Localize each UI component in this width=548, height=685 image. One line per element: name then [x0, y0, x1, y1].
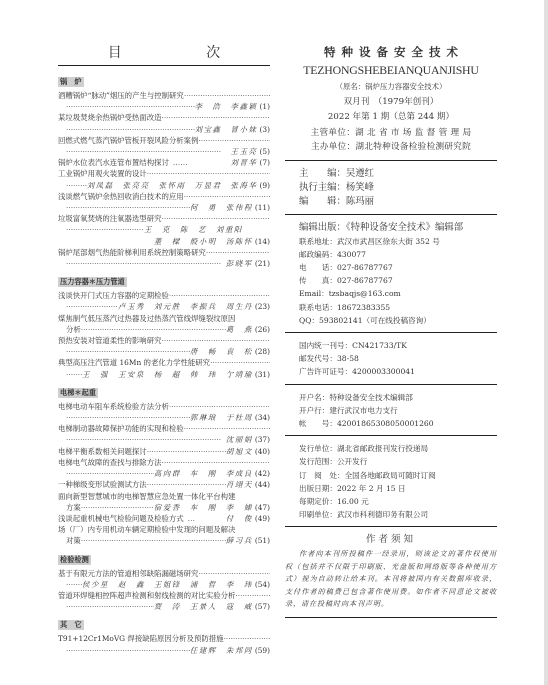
distribution-value: 全国各地邮政局可随时订阅	[345, 471, 436, 480]
toc-entry[interactable]: 煤焦制气低压蒸汽过热器及过热蒸汽管线焊缝裂纹原因分析··············…	[58, 313, 270, 335]
entry-authors: 肖翊天	[226, 479, 253, 490]
divider	[285, 214, 497, 215]
entry-authors-line: ········································…	[58, 180, 270, 191]
entry-authors: 董 樑 殷小明 汤陈怀	[154, 236, 253, 247]
entry-page: (1)	[260, 101, 270, 112]
editors-label: 编 辑：	[299, 196, 346, 207]
toc-entry[interactable]: 浅谈快开门式压力容器的定期检验·························…	[58, 290, 270, 312]
entry-authors-line: ········································…	[58, 202, 270, 213]
entry-title-text: 电梯电气故障的查找与排除方法	[58, 458, 161, 467]
entry-authors: 刘凤磊 张亮亮 张怀雨 万显君 张海华	[87, 180, 258, 191]
entry-title[interactable]: 电梯电动车阻车系统检验方法分析·························…	[58, 401, 270, 412]
entry-page: (42)	[255, 468, 270, 479]
toc-entry[interactable]: 工业锅炉用观火装置的设计····························…	[58, 168, 270, 190]
bank-label: 开户名：	[299, 393, 329, 402]
dot-leader: ········································…	[66, 146, 231, 157]
journal-pinyin: TEZHONGSHEBEIANQUANJISHU	[285, 61, 497, 79]
entry-title[interactable]: 基于有限元方法的管道相邻缺陷漏磁场研究·····················…	[58, 568, 270, 579]
dot-leader: ········································…	[66, 224, 144, 235]
entry-page: (54)	[255, 579, 270, 590]
toc-title: 目 次	[98, 44, 270, 62]
entry-page: (23)	[255, 301, 270, 312]
entry-title[interactable]: 锅炉尾部烟气热能阶梯利用系统控制策略研究····················…	[58, 247, 270, 258]
entry-authors: 任建辉 朱邦同	[190, 645, 253, 656]
toc-entry[interactable]: 浅谈起重机械电气检验问题及检验方式 … 付 俊(49)	[58, 513, 270, 524]
entry-authors-line: ········································…	[58, 369, 270, 380]
dot-leader: ········································…	[66, 301, 118, 312]
publisher: 编辑出版：《特种设备安全技术》编辑部	[285, 221, 497, 235]
divider	[285, 617, 497, 618]
distribution-value: 16.00 元	[337, 497, 369, 506]
entry-authors: 郭琳琅 于杜周	[190, 412, 253, 423]
entry-title[interactable]: 电梯平衡系数相关问题探讨	[58, 446, 147, 457]
contacts-label: 联系地址：	[299, 237, 337, 246]
entry-title[interactable]: 典型高压注汽管道 16Mn 的老化力学性能研究·················…	[58, 357, 270, 368]
entry-authors-line: ········································…	[58, 258, 270, 269]
registration-label: 邮发代号：	[299, 354, 337, 363]
divider	[285, 384, 497, 385]
sponsor: 主办单位：湖北特种设备检验检测研究院	[285, 140, 497, 155]
entry-title[interactable]: 一种梯级变形试验测试方法	[58, 479, 147, 490]
entry-title[interactable]: 酒糟锅炉“脉动”烟压的产生与控制研究······················…	[58, 90, 270, 101]
editors-value: 吴遵红	[346, 168, 374, 179]
entry-authors: 卢玉秀 刘元胜 李振兵 周生丹	[118, 301, 253, 312]
distribution-row: 印刷单位：武汉市科利德印务有限公司	[285, 508, 497, 521]
bank-row: 帐 号：42001865308050001260	[285, 417, 497, 430]
dot-leader: ········································…	[81, 324, 226, 335]
publisher-value: 《特种设备安全技术》编辑部	[346, 222, 463, 233]
entry-authors-line: ········································…	[58, 101, 270, 112]
contacts-row: 联系电话：18672383355	[285, 301, 497, 314]
dot-leader: ········································…	[66, 579, 82, 590]
entry-page: (11)	[255, 202, 270, 213]
contacts-value: 18672383355	[337, 303, 390, 312]
entry-line: 方案······································…	[58, 502, 270, 513]
entry-title[interactable]: 浅谈快开门式压力容器的定期检验·························…	[58, 290, 270, 301]
editors-row: 主 编：吴遵红	[285, 167, 497, 181]
divider	[285, 435, 497, 436]
dot-leader: ········································…	[169, 402, 270, 411]
contacts-value: 593802141（可在线投稿咨询）	[319, 316, 431, 325]
entry-title[interactable]: 电梯电气故障的查找与排除方法··························…	[58, 457, 270, 468]
dot-leader: ········································…	[161, 214, 270, 223]
distribution-value: 公开发行	[337, 457, 367, 466]
distribution-label: 印刷单位：	[299, 510, 337, 519]
toc-entry[interactable]: 场（厂）内专用机动车辆定期检验中发现的问题及解决对策··············…	[58, 524, 270, 546]
editors-label: 主 编：	[299, 168, 346, 179]
editors-block: 主 编：吴遵红执行主编：杨笑峰编 辑：陈玛丽	[285, 167, 497, 209]
toc-entry[interactable]: 浅谈燃气锅炉余热回收消白技术的应用·······················…	[58, 191, 270, 213]
contacts-row: 电 话：027-86787767	[285, 261, 497, 274]
entry-title[interactable]: 煤焦制气低压蒸汽过热器及过热蒸汽管线焊缝裂纹原因	[58, 313, 270, 324]
entry-title[interactable]: 回燃式燃气蒸汽锅炉管板开裂风险分析案例·····················…	[58, 135, 270, 146]
entry-authors-line: ········································…	[58, 468, 270, 479]
section-heading: 锅 炉	[58, 77, 84, 87]
entry-authors: 葛 燕	[226, 324, 253, 335]
dot-leader: ········································…	[147, 479, 226, 490]
entry-authors: 王 克 陈 艺 刘重阳	[144, 224, 243, 235]
distribution-label: 订 阅 处：	[299, 471, 345, 480]
toc-entry[interactable]: 电梯制动器故障保护功能的实现和检验·······················…	[58, 423, 270, 445]
dot-leader: ········································…	[66, 346, 190, 357]
dot-leader: ········································…	[235, 591, 270, 600]
former-name: （原名：锅炉压力容器安全技术）	[285, 79, 497, 95]
distribution-value: 湖北省邮政报刊发行投递局	[337, 444, 428, 453]
registration-row: 广告许可证号：4200003300041	[285, 365, 497, 378]
entry-authors: 李 浩 李鑫颖	[195, 101, 258, 112]
section-heading: 检验检测	[58, 555, 91, 565]
toc-entry[interactable]: 电梯平衡系数相关问题探讨····························…	[58, 446, 270, 457]
entry-page: (5)	[260, 146, 270, 157]
registration-row: 邮发代号：38-58	[285, 352, 497, 365]
contacts-value: tzsbaqjs@163.com	[329, 289, 401, 298]
entry-authors: 沈丽娟	[226, 434, 253, 445]
entry-authors-line: ········································…	[58, 224, 270, 235]
entry-title[interactable]: 电梯制动器故障保护功能的实现和检验·······················…	[58, 423, 270, 434]
entry-page: (57)	[255, 601, 270, 612]
entry-title[interactable]: 锅炉水位表汽水连管布置结构探讨	[58, 157, 169, 168]
entry-page: (49)	[255, 513, 270, 524]
entry-title-text: 浅谈快开门式压力容器的定期检验	[58, 291, 169, 300]
entry-line: 浅谈起重机械电气检验问题及检验方式 … 付 俊(49)	[58, 513, 270, 524]
frequency: 双月刊 （1979年创刊）	[285, 95, 497, 111]
toc-entry[interactable]: 预热安装对管道柔性的影响研究··························…	[58, 335, 270, 357]
dot-leader: ········································…	[66, 412, 190, 423]
dot-leader: ········································…	[147, 446, 226, 457]
dot-leader: ········································…	[66, 202, 190, 213]
entry-title[interactable]: 场（厂）内专用机动车辆定期检验中发现的问题及解决	[58, 524, 270, 535]
editors-value: 陈玛丽	[346, 196, 374, 207]
toc-divider	[58, 65, 270, 66]
bank-label: 开户行：	[299, 406, 329, 415]
entry-authors: 宿爱香 车 刚 李 娣	[154, 502, 253, 513]
entry-authors-line: ········································…	[58, 434, 270, 445]
masthead: 特种设备安全技术 TEZHONGSHEBEIANQUANJISHU （原名：锅炉…	[285, 44, 497, 624]
contacts-row: 传 真：027-86787767	[285, 274, 497, 287]
entry-authors: 彭晓军	[226, 258, 253, 269]
dot-leader: ········································…	[66, 601, 154, 612]
dot-leader: ········································…	[210, 358, 270, 367]
dot-leader: ········································…	[66, 468, 154, 479]
entry-title-text: 工业锅炉用观火装置的设计	[58, 169, 147, 178]
entry-title-text: 管道环焊缝相控阵超声检测和射线检测的对比实验分析	[58, 591, 235, 600]
entry-title-cont: 方案	[66, 502, 81, 513]
distribution-row: 发行范围：公开发行	[285, 455, 497, 468]
entry-line: 一种梯级变形试验测试方法····························…	[58, 479, 270, 490]
bank-value: 建行武汉市电力支行	[329, 406, 397, 415]
distribution-label: 出版日期：	[299, 484, 337, 493]
entry-authors: 王 强 王安泉 杨 超 韩 玮 亇靖瑜	[82, 369, 253, 380]
distribution-row: 每期定价：16.00 元	[285, 495, 497, 508]
entry-authors-line: ········································…	[58, 579, 270, 590]
journal-title: 特种设备安全技术	[291, 44, 497, 61]
entry-title-text: 煤焦制气低压蒸汽过热器及过热蒸汽管线焊缝裂纹原因	[58, 314, 235, 323]
dot-leader: ········································…	[66, 369, 82, 380]
toc-sections: 锅 炉酒糟锅炉“脉动”烟压的产生与控制研究···················…	[58, 69, 270, 656]
toc-entry[interactable]: 一种梯级变形试验测试方法····························…	[58, 479, 270, 490]
entry-title-text: 回燃式燃气蒸汽锅炉管板开裂风险分析案例	[58, 136, 198, 145]
section-heading: 压力容器＊压力管道	[58, 277, 127, 287]
dot-leader: ········································…	[81, 502, 154, 513]
entry-title-text: 预热安装对管道柔性的影响研究	[58, 336, 161, 345]
entry-authors: 贾 涛 王景人 寇 威	[154, 601, 253, 612]
registration-value: 38-58	[337, 354, 359, 363]
distribution-row: 发行单位：湖北省邮政报刊发行投递局	[285, 442, 497, 455]
registration-row: 国内统一刊号：CN421733/TK	[285, 339, 497, 352]
entry-title[interactable]: 管道环焊缝相控阵超声检测和射线检测的对比实验分析················…	[58, 590, 270, 601]
entry-title-text: 面向新型智慧城市的电梯智慧应急处置一体化平台构建	[58, 492, 235, 501]
dot-leader: ········································…	[66, 258, 226, 269]
dot-leader: ········································…	[81, 535, 226, 546]
dot-leader: ········································…	[169, 291, 270, 300]
entry-authors: 胡旭文	[226, 446, 253, 457]
entry-authors: 付 俊	[226, 513, 253, 524]
bank-value: 特种设备安全技术编辑部	[329, 393, 413, 402]
bank-row: 开户名：特种设备安全技术编辑部	[285, 391, 497, 404]
toc-entry[interactable]: 电梯电动车阻车系统检验方法分析·························…	[58, 401, 270, 423]
contacts-label: 邮政编码：	[299, 250, 337, 259]
distribution-label: 每期定价：	[299, 497, 337, 506]
contacts-row: Email：tzsbaqjs@163.com	[285, 287, 497, 300]
divider	[285, 526, 497, 527]
entry-title-text: 电梯制动器故障保护功能的实现和检验	[58, 424, 184, 433]
contacts-row: 联系地址：武汉市武昌区徐东大街 352 号	[285, 235, 497, 248]
section-heading: 其 它	[58, 620, 84, 630]
entry-page: (31)	[255, 369, 270, 380]
entry-page: (7)	[260, 157, 270, 168]
entry-title-text: 基于有限元方法的管道相邻缺陷漏磁场研究	[58, 569, 198, 578]
registration-label: 广告许可证号：	[299, 367, 352, 376]
scrollbar-track[interactable]	[544, 0, 548, 685]
toc-entry[interactable]: T91+12Cr1MoVG 焊接缺陷原因分析及预防措施·············…	[58, 633, 270, 655]
entry-authors: 侯少星 赵 鑫 王姐锋 浦 哲 李 玮	[82, 579, 253, 590]
bank-value: 42001865308050001260	[337, 419, 434, 428]
dot-leader: ········································…	[184, 424, 270, 433]
entry-line: 电梯平衡系数相关问题探讨····························…	[58, 446, 270, 457]
registration-value: CN421733/TK	[352, 341, 407, 350]
entry-title-text: 锅炉尾部烟气热能阶梯利用系统控制策略研究	[58, 248, 206, 257]
entry-authors: 何 勇 张伟程	[190, 202, 253, 213]
entry-title[interactable]: 浅谈燃气锅炉余热回收消白技术的应用·······················…	[58, 191, 270, 202]
dot-leader: …	[188, 513, 195, 524]
entry-authors: 刘晋华	[231, 157, 258, 168]
registration-label: 国内统一刊号：	[299, 341, 352, 350]
contacts-value: 027-86787767	[337, 276, 393, 285]
entry-page: (28)	[255, 346, 270, 357]
notice-title: 作者须知	[285, 532, 497, 548]
toc-entry[interactable]: 面向新型智慧城市的电梯智慧应急处置一体化平台构建方案··············…	[58, 491, 270, 513]
entry-authors-line: ········································…	[58, 146, 270, 157]
dot-leader: ········································…	[66, 124, 195, 135]
editors-value: 杨笑峰	[346, 182, 374, 193]
entry-line: 锅炉水位表汽水连管布置结构探讨 …… 刘晋华(7)	[58, 157, 270, 168]
entry-page: (14)	[255, 236, 270, 247]
dot-leader: ……	[173, 157, 188, 168]
publisher-label: 编辑出版：	[299, 222, 346, 233]
entry-title-cont: 对策	[66, 535, 81, 546]
entry-title[interactable]: 某垃圾焚烧余热锅炉受热面改造··························…	[58, 112, 270, 123]
notice-body: 作者向本刊所投稿件一经录用，则该论文的著作权使用权（包括并不仅限于印刷版、光盘版…	[285, 548, 497, 611]
dot-leader: ········································…	[198, 136, 270, 145]
entry-page: (59)	[255, 645, 270, 656]
entry-authors-line: ········································…	[58, 124, 270, 135]
entry-line: 分析······································…	[58, 324, 270, 335]
entry-title-text: 垃圾富氧焚烧的注氧器选型研究	[58, 214, 161, 223]
entry-page: (44)	[255, 479, 270, 490]
entry-title[interactable]: 预热安装对管道柔性的影响研究··························…	[58, 335, 270, 346]
entry-title[interactable]: 垃圾富氧焚烧的注氧器选型研究··························…	[58, 213, 270, 224]
dot-leader: ········································…	[161, 458, 270, 467]
divider	[285, 160, 497, 161]
contacts-label: 传 真：	[299, 276, 337, 285]
contacts-label: Email：	[299, 289, 329, 298]
bank-label: 帐 号：	[299, 419, 337, 428]
entry-title-text: 典型高压注汽管道 16Mn 的老化力学性能研究	[58, 358, 210, 367]
issue-number: 2022 年第 1 期（总第 244 期）	[285, 110, 497, 126]
entry-page: (9)	[260, 180, 270, 191]
entry-page: (47)	[255, 502, 270, 513]
contacts-row: QQ：593802141（可在线投稿咨询）	[285, 314, 497, 327]
entry-authors-line: 董 樑 殷小明 汤陈怀(14)	[58, 236, 270, 247]
dot-leader: ········································…	[184, 192, 270, 201]
registration-block: 国内统一刊号：CN421733/TK邮发代号：38-58广告许可证号：42000…	[285, 339, 497, 379]
entry-page: (21)	[255, 258, 270, 269]
section-heading: 电梯＊起重	[58, 388, 98, 398]
toc-entry[interactable]: 某垃圾焚烧余热锅炉受热面改造··························…	[58, 112, 270, 134]
divider	[285, 332, 497, 333]
registration-value: 4200003300041	[352, 367, 415, 376]
supervisor: 主管单位：湖 北 省 市 场 监 督 管 理 局	[285, 126, 497, 141]
entry-title[interactable]: 面向新型智慧城市的电梯智慧应急处置一体化平台构建	[58, 491, 270, 502]
table-of-contents: 目 次 锅 炉酒糟锅炉“脉动”烟压的产生与控制研究···············…	[58, 44, 270, 656]
toc-entry[interactable]: 管道环焊缝相控阵超声检测和射线检测的对比实验分析················…	[58, 590, 270, 612]
contacts-value: 430077	[337, 250, 366, 259]
distribution-label: 发行单位：	[299, 444, 337, 453]
toc-entry[interactable]: 锅炉尾部烟气热能阶梯利用系统控制策略研究····················…	[58, 247, 270, 269]
contacts-block: 联系地址：武汉市武昌区徐东大街 352 号邮政编码：430077电 话：027-…	[285, 235, 497, 327]
entry-page: (3)	[260, 124, 270, 135]
entry-title[interactable]: 工业锅炉用观火装置的设计····························…	[58, 168, 270, 179]
entry-authors-line: ········································…	[58, 412, 270, 423]
dot-leader: ········································…	[161, 113, 270, 122]
dot-leader: ········································…	[66, 101, 195, 112]
entry-title-text: 某垃圾焚烧余热锅炉受热面改造	[58, 113, 161, 122]
dot-leader: ········································…	[66, 434, 226, 445]
entry-line: 对策······································…	[58, 535, 270, 546]
entry-title-text: 浅谈燃气锅炉余热回收消白技术的应用	[58, 192, 184, 201]
toc-entry[interactable]: 典型高压注汽管道 16Mn 的老化力学性能研究·················…	[58, 357, 270, 379]
entry-title[interactable]: 浅谈起重机械电气检验问题及检验方式	[58, 513, 184, 524]
entry-page: (34)	[255, 412, 270, 423]
dot-leader: ········································…	[206, 248, 270, 257]
dot-leader: ········································…	[224, 634, 270, 643]
entry-page: (40)	[255, 446, 270, 457]
editors-row: 执行主编：杨笑峰	[285, 181, 497, 195]
toc-entry[interactable]: 回燃式燃气蒸汽锅炉管板开裂风险分析案例·····················…	[58, 135, 270, 157]
dot-leader: ········································…	[66, 645, 190, 656]
contacts-value: 武汉市武昌区徐东大街 352 号	[337, 237, 440, 246]
bank-block: 开户名：特种设备安全技术编辑部开户行：建行武汉市电力支行帐 号：42001865…	[285, 391, 497, 431]
entry-authors: 王玉亮	[231, 146, 258, 157]
toc-entry[interactable]: 基于有限元方法的管道相邻缺陷漏磁场研究·····················…	[58, 568, 270, 590]
entry-authors-line: ········································…	[58, 301, 270, 312]
distribution-label: 发行范围：	[299, 457, 337, 466]
bank-row: 开户行：建行武汉市电力支行	[285, 404, 497, 417]
entry-authors: 高向群 车 刚 李成良	[154, 468, 253, 479]
distribution-value: 2022 年 2 月 15 日	[337, 484, 406, 493]
entry-authors: 薛习兵	[226, 535, 253, 546]
distribution-value: 武汉市科利德印务有限公司	[337, 510, 428, 519]
toc-entry[interactable]: 锅炉水位表汽水连管布置结构探讨 …… 刘晋华(7)	[58, 157, 270, 168]
contacts-value: 027-86787767	[337, 263, 393, 272]
contacts-label: 电 话：	[299, 263, 337, 272]
entry-title-text: 酒糟锅炉“脉动”烟压的产生与控制研究	[58, 91, 184, 100]
entry-authors-line: ········································…	[58, 346, 270, 357]
dot-leader: ········································…	[198, 569, 270, 578]
distribution-row: 订 阅 处：全国各地邮政局可随时订阅	[285, 469, 497, 482]
entry-title-text: T91+12Cr1MoVG 焊接缺陷原因分析及预防措施	[58, 634, 224, 643]
toc-entry[interactable]: 酒糟锅炉“脉动”烟压的产生与控制研究······················…	[58, 90, 270, 112]
toc-entry[interactable]: 电梯电气故障的查找与排除方法··························…	[58, 457, 270, 479]
entry-title-cont: 分析	[66, 324, 81, 335]
dot-leader: ········································…	[66, 180, 87, 191]
editors-row: 编 辑：陈玛丽	[285, 195, 497, 209]
entry-title-text: 电梯电动车阻车系统检验方法分析	[58, 402, 169, 411]
entry-page: (26)	[255, 324, 270, 335]
dot-leader: ········································…	[147, 169, 270, 178]
entry-authors: 刘宝鑫 冒小妹	[195, 124, 258, 135]
distribution-block: 发行单位：湖北省邮政报刊发行投递局发行范围：公开发行订 阅 处：全国各地邮政局可…	[285, 442, 497, 521]
entry-title-text: 场（厂）内专用机动车辆定期检验中发现的问题及解决	[58, 525, 235, 534]
dot-leader: ········································…	[161, 336, 270, 345]
entry-authors: 唐 畅 袁 松	[190, 346, 253, 357]
contacts-label: QQ：	[299, 316, 319, 325]
entry-authors-line: ········································…	[58, 645, 270, 656]
dot-leader: ········································…	[184, 91, 270, 100]
distribution-row: 出版日期：2022 年 2 月 15 日	[285, 482, 497, 495]
toc-entry[interactable]: 垃圾富氧焚烧的注氧器选型研究··························…	[58, 213, 270, 247]
entry-page: (51)	[255, 535, 270, 546]
entry-authors-line: ········································…	[58, 601, 270, 612]
entry-title[interactable]: T91+12Cr1MoVG 焊接缺陷原因分析及预防措施·············…	[58, 633, 270, 644]
contacts-row: 邮政编码：430077	[285, 248, 497, 261]
entry-page: (37)	[255, 434, 270, 445]
editors-label: 执行主编：	[299, 182, 346, 193]
contacts-label: 联系电话：	[299, 303, 337, 312]
